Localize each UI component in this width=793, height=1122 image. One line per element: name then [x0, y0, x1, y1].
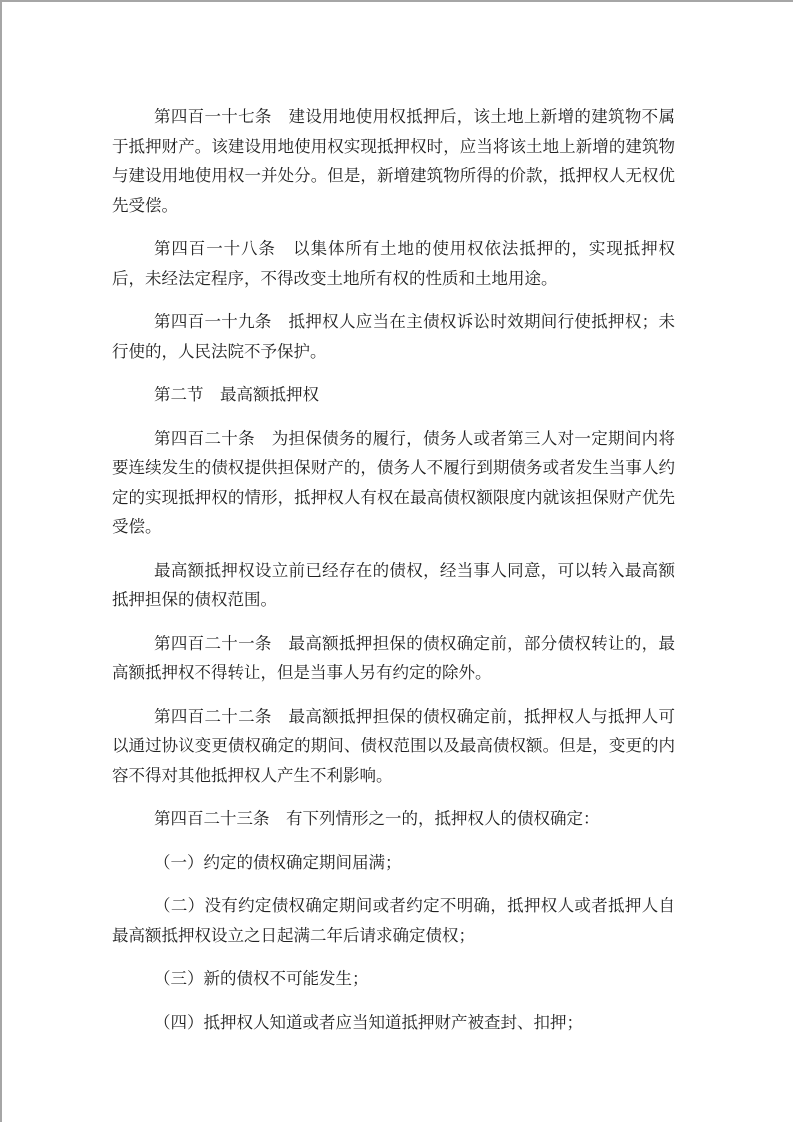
article-417-paragraph: 第四百一十七条 建设用地使用权抵押后，该土地上新增的建筑物不属于抵押财产。该建设… — [112, 102, 675, 220]
article-420-paragraph-1: 第四百二十条 为担保债务的履行，债务人或者第三人对一定期间内将要连续发生的债权提… — [112, 424, 675, 542]
article-422-paragraph: 第四百二十二条 最高额抵押担保的债权确定前，抵押权人与抵押人可以通过协议变更债权… — [112, 702, 675, 791]
article-420-paragraph-2: 最高额抵押权设立前已经存在的债权，经当事人同意，可以转入最高额抵押担保的债权范围… — [112, 556, 675, 615]
article-423-item-2: （二）没有约定债权确定期间或者约定不明确，抵押权人或者抵押人自最高额抵押权设立之… — [112, 891, 675, 950]
article-423-item-4: （四）抵押权人知道或者应当知道抵押财产被查封、扣押； — [112, 1008, 675, 1038]
article-421-paragraph: 第四百二十一条 最高额抵押担保的债权确定前，部分债权转让的，最高额抵押权不得转让… — [112, 629, 675, 688]
article-423-paragraph: 第四百二十三条 有下列情形之一的，抵押权人的债权确定： — [112, 804, 675, 834]
article-423-item-3: （三）新的债权不可能发生； — [112, 964, 675, 994]
article-423-item-1: （一）约定的债权确定期间届满； — [112, 848, 675, 878]
document-page: 第四百一十七条 建设用地使用权抵押后，该土地上新增的建筑物不属于抵押财产。该建设… — [2, 2, 793, 1037]
article-418-paragraph: 第四百一十八条 以集体所有土地的使用权依法抵押的，实现抵押权后，未经法定程序，不… — [112, 234, 675, 293]
article-419-paragraph: 第四百一十九条 抵押权人应当在主债权诉讼时效期间行使抵押权；未行使的，人民法院不… — [112, 307, 675, 366]
section-2-heading: 第二节 最高额抵押权 — [112, 380, 675, 410]
